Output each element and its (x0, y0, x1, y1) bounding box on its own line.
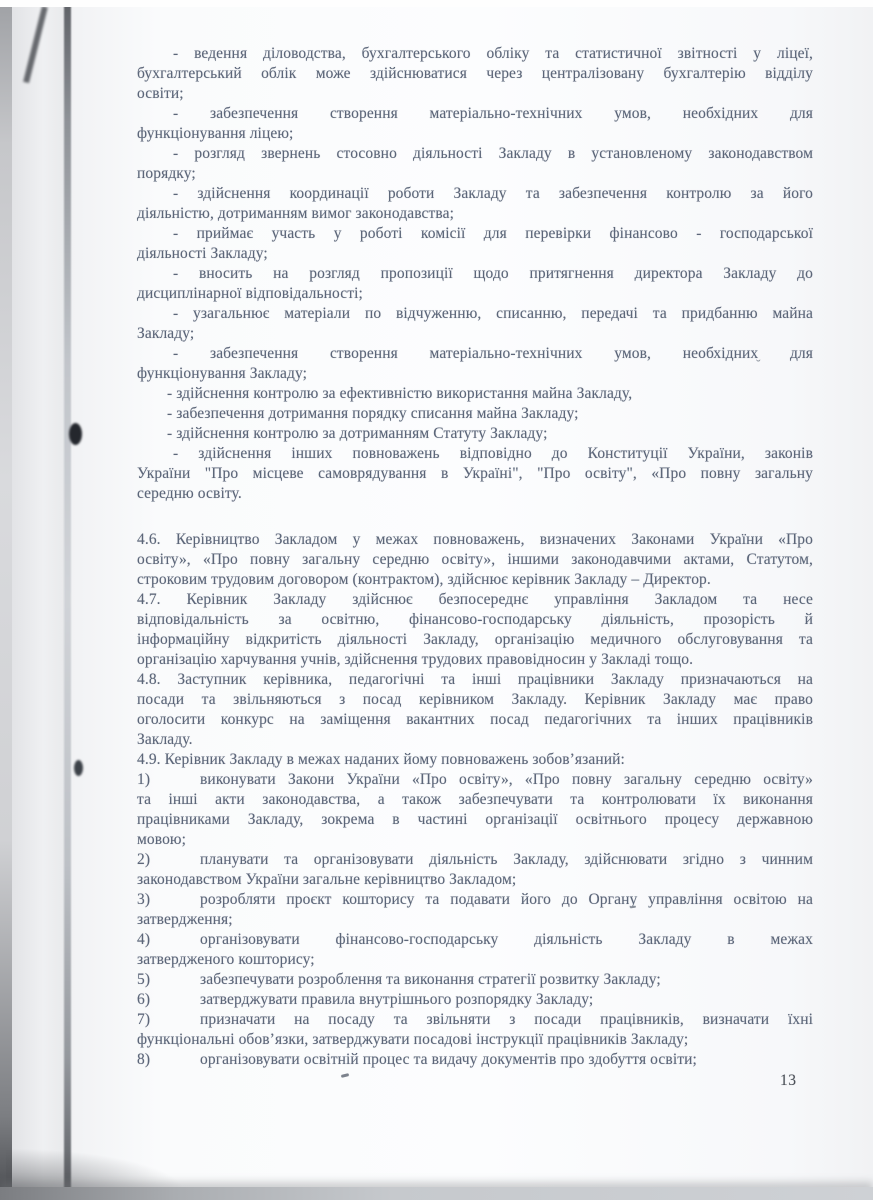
text-line: 4.6. Керівництво Закладом у межах повнов… (137, 530, 813, 550)
text-line: діяльності Закладу; (137, 244, 813, 264)
text-line: та інші акти законодавства, а також забе… (137, 790, 813, 810)
text-block: - ведення діловодства, бухгалтерського о… (137, 44, 813, 1070)
binder-hole-ink-blob (69, 423, 82, 445)
paragraph: 5)забезпечувати розроблення та виконання… (137, 970, 813, 990)
text-line: функціональні обов’язки, затверджувати п… (137, 1030, 813, 1050)
text-line: - здійснення контролю за дотриманням Ста… (137, 424, 813, 444)
text-line: - розгляд звернень стосовно діяльності З… (137, 144, 813, 164)
text-line: організацію харчування учнів, здійснення… (137, 650, 813, 670)
paragraph: - приймає участь у роботі комісії для пе… (137, 224, 813, 264)
list-number: 3) (137, 890, 200, 910)
paragraph: - здійснення контролю за дотриманням Ста… (137, 424, 813, 444)
text-line: строковим трудовим договором (контрактом… (137, 570, 813, 590)
text-line: функціонування ліцею; (137, 124, 813, 144)
text-line: Закладу; (137, 324, 813, 344)
scan-margin-strip (12, 0, 64, 1200)
text-line: інформаційну відкритість діяльності Закл… (137, 630, 813, 650)
text-line: 8)організовувати освітній процес та вида… (137, 1050, 813, 1070)
text-line: 4)організовувати фінансово-господарську … (137, 930, 813, 950)
text-line: дисциплінарної відповідальності; (137, 284, 813, 304)
paragraph: - здійснення координації роботи Закладу … (137, 184, 813, 224)
text-line: затвердження; (137, 910, 813, 930)
list-number: 2) (137, 850, 200, 870)
stray-ink-mark: ˘ (756, 358, 761, 374)
text-line: затвердженого кошторису; (137, 950, 813, 970)
scan-top-edge (0, 0, 873, 7)
text-line: 4.7. Керівник Закладу здійснює безпосере… (137, 590, 813, 610)
binding-shadow (64, 0, 71, 1200)
scanned-document-page: - ведення діловодства, бухгалтерського о… (0, 0, 873, 1200)
paragraph: 4.7. Керівник Закладу здійснює безпосере… (137, 590, 813, 670)
text-line: Закладу. (137, 730, 813, 750)
text-line: 1)виконувати Закони України «Про освіту»… (137, 770, 813, 790)
text-line: - здійснення координації роботи Закладу … (137, 184, 813, 204)
text-line: - ведення діловодства, бухгалтерського о… (137, 44, 813, 64)
text-line: відповідальність за освітню, фінансово-г… (137, 610, 813, 630)
page-number: 13 (780, 1072, 797, 1090)
text-line: 3)розробляти проєкт кошторису та подават… (137, 890, 813, 910)
paragraph: 4.6. Керівництво Закладом у межах повнов… (137, 530, 813, 590)
text-line: України "Про місцеве самоврядування в Ук… (137, 464, 813, 484)
paragraph: - забезпечення створення матеріально-тех… (137, 344, 813, 384)
paragraph: 2)планувати та організовувати діяльність… (137, 850, 813, 890)
paragraph: 6)затверджувати правила внутрішнього роз… (137, 990, 813, 1010)
text-line: 5)забезпечувати розроблення та виконання… (137, 970, 813, 990)
paragraph: - вносить на розгляд пропозиції щодо при… (137, 264, 813, 304)
text-line: - здійснення інших повноважень відповідн… (137, 444, 813, 464)
paragraph: 3)розробляти проєкт кошторису та подават… (137, 890, 813, 930)
text-line: - узагальнює матеріали по відчуженню, сп… (137, 304, 813, 324)
list-number: 5) (137, 970, 200, 990)
text-line: освіту», «Про повну загальну середню осв… (137, 550, 813, 570)
text-line: діяльністю, дотриманням вимог законодавс… (137, 204, 813, 224)
text-line: порядку; (137, 164, 813, 184)
text-line: оголосити конкурс на заміщення вакантних… (137, 710, 813, 730)
list-number: 4) (137, 930, 200, 950)
text-line: бухгалтерський облік може здійснюватися … (137, 64, 813, 84)
list-number: 8) (137, 1050, 200, 1070)
scan-left-edge (0, 0, 12, 1200)
text-line: функціонування Закладу; (137, 364, 813, 384)
text-line: працівниками Закладу, зокрема в частині … (137, 810, 813, 830)
paragraph: - забезпечення дотримання порядку списан… (137, 404, 813, 424)
paragraph: 7)призначати на посаду та звільняти з по… (137, 1010, 813, 1050)
page-corner-shadow (6, 1148, 186, 1192)
text-line: - вносить на розгляд пропозиції щодо при… (137, 264, 813, 284)
text-line: 7)призначати на посаду та звільняти з по… (137, 1010, 813, 1030)
stray-ink-mark (341, 1073, 349, 1078)
list-number: 6) (137, 990, 200, 1010)
paragraph: - ведення діловодства, бухгалтерського о… (137, 44, 813, 104)
paragraph: 1)виконувати Закони України «Про освіту»… (137, 770, 813, 850)
text-line: освіти; (137, 84, 813, 104)
paragraph: 4)організовувати фінансово-господарську … (137, 930, 813, 970)
text-line: - забезпечення дотримання порядку списан… (137, 404, 813, 424)
paragraph: 4.9. Керівник Закладу в межах наданих йо… (137, 750, 813, 770)
text-line: - забезпечення створення матеріально-тех… (137, 104, 813, 124)
paragraph: 8)організовувати освітній процес та вида… (137, 1050, 813, 1070)
paragraph: - узагальнює матеріали по відчуженню, сп… (137, 304, 813, 344)
paragraph: 4.8. Заступник керівника, педагогічні та… (137, 670, 813, 750)
text-line: 2)планувати та організовувати діяльність… (137, 850, 813, 870)
paragraph: - забезпечення створення матеріально-тех… (137, 104, 813, 144)
text-line: посади та звільняються з посад керівнико… (137, 690, 813, 710)
text-line: - здійснення контролю за ефективністю ви… (137, 384, 813, 404)
text-line: 4.8. Заступник керівника, педагогічні та… (137, 670, 813, 690)
text-line: мовою; (137, 830, 813, 850)
text-line: 4.9. Керівник Закладу в межах наданих йо… (137, 750, 813, 770)
text-line: законодавством України загальне керівниц… (137, 870, 813, 890)
text-line: 6)затверджувати правила внутрішнього роз… (137, 990, 813, 1010)
paragraph: - здійснення інших повноважень відповідн… (137, 444, 813, 504)
paragraph: - здійснення контролю за ефективністю ви… (137, 384, 813, 404)
scan-bottom-edge (0, 1187, 873, 1200)
text-line: середню освіту. (137, 484, 813, 504)
binder-hole-ink-blob (74, 760, 83, 776)
text-line: - забезпечення створення матеріально-тех… (137, 344, 813, 364)
paragraph: - розгляд звернень стосовно діяльності З… (137, 144, 813, 184)
list-number: 7) (137, 1010, 200, 1030)
text-line: - приймає участь у роботі комісії для пе… (137, 224, 813, 244)
list-number: 1) (137, 770, 200, 790)
